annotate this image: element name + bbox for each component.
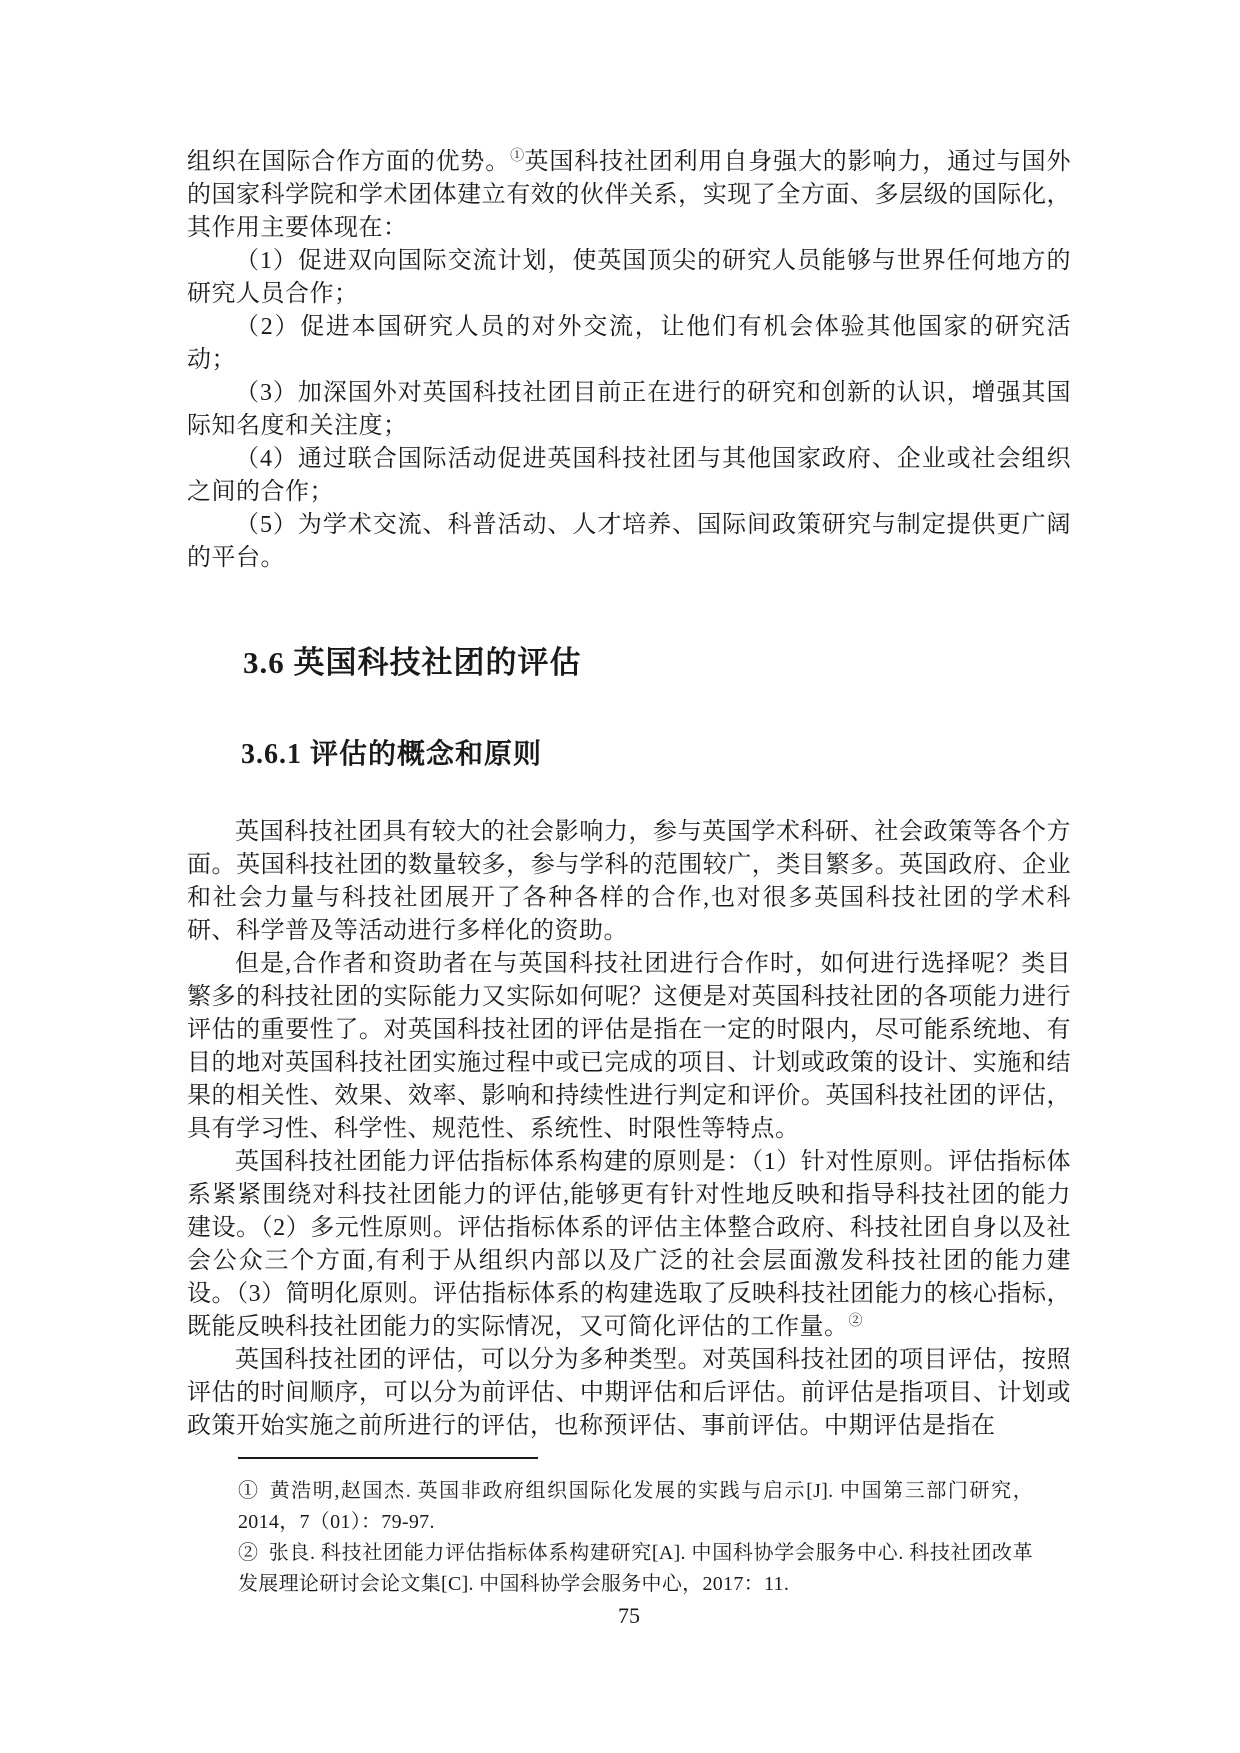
footnote-ref-2: ② [849,1314,863,1329]
paragraph: 英国科技社团能力评估指标体系构建的原则是：（1）针对性原则。评估指标体系紧紧围绕… [187,1146,1071,1344]
paragraph: 但是,合作者和资助者在与英国科技社团进行合作时，如何进行选择呢？类目繁多的科技社… [187,948,1071,1146]
list-item: （4）通过联合国际活动促进英国科技社团与其他国家政府、企业或社会组织之间的合作； [187,443,1071,509]
list-item: （2）促进本国研究人员的对外交流，让他们有机会体验其他国家的研究活动； [187,311,1071,377]
paragraph: 组织在国际合作方面的优势。①英国科技社团利用自身强大的影响力，通过与国外的国家科… [187,146,1071,245]
paragraph-text: 英国科技社团能力评估指标体系构建的原则是：（1）针对性原则。评估指标体系紧紧围绕… [187,1149,1071,1340]
list-item: （5）为学术交流、科普活动、人才培养、国际间政策研究与制定提供更广阔的平台。 [187,509,1071,575]
paragraph: 英国科技社团的评估，可以分为多种类型。对英国科技社团的项目评估，按照评估的时间顺… [187,1344,1071,1443]
intro-section: 组织在国际合作方面的优势。①英国科技社团利用自身强大的影响力，通过与国外的国家科… [187,146,1071,575]
main-section: 英国科技社团具有较大的社会影响力，参与英国学术科研、社会政策等各个方面。英国科技… [187,816,1071,1443]
footnote-marker: ② [238,1542,259,1564]
footnote: ①黄浩明,赵国杰. 英国非政府组织国际化发展的实践与启示[J]. 中国第三部门研… [238,1476,1033,1538]
footnote-text: 黄浩明,赵国杰. 英国非政府组织国际化发展的实践与启示[J]. 中国第三部门研究… [238,1480,1033,1533]
footnote-text: 张良. 科技社团能力评估指标体系构建研究[A]. 中国科协学会服务中心. 科技社… [238,1542,1033,1595]
footnote-ref-1: ① [510,149,524,164]
subsection-heading: 3.6.1 评估的概念和原则 [187,738,1125,771]
footnote: ②张良. 科技社团能力评估指标体系构建研究[A]. 中国科协学会服务中心. 科技… [238,1538,1033,1600]
footnote-marker: ① [238,1480,260,1502]
section-heading: 3.6 英国科技社团的评估 [187,645,1127,681]
document-page: 组织在国际合作方面的优势。①英国科技社团利用自身强大的影响力，通过与国外的国家科… [0,0,1240,1753]
footnotes-section: ①黄浩明,赵国杰. 英国非政府组织国际化发展的实践与启示[J]. 中国第三部门研… [238,1476,1033,1600]
list-item: （3）加深国外对英国科技社团目前正在进行的研究和创新的认识，增强其国际知名度和关… [187,377,1071,443]
paragraph: 英国科技社团具有较大的社会影响力，参与英国学术科研、社会政策等各个方面。英国科技… [187,816,1071,948]
paragraph-text: 组织在国际合作方面的优势。 [187,149,510,175]
footnote-separator [238,1457,538,1459]
list-item: （1）促进双向国际交流计划，使英国顶尖的研究人员能够与世界任何地方的研究人员合作… [187,245,1071,311]
page-number: 75 [187,1603,1071,1629]
